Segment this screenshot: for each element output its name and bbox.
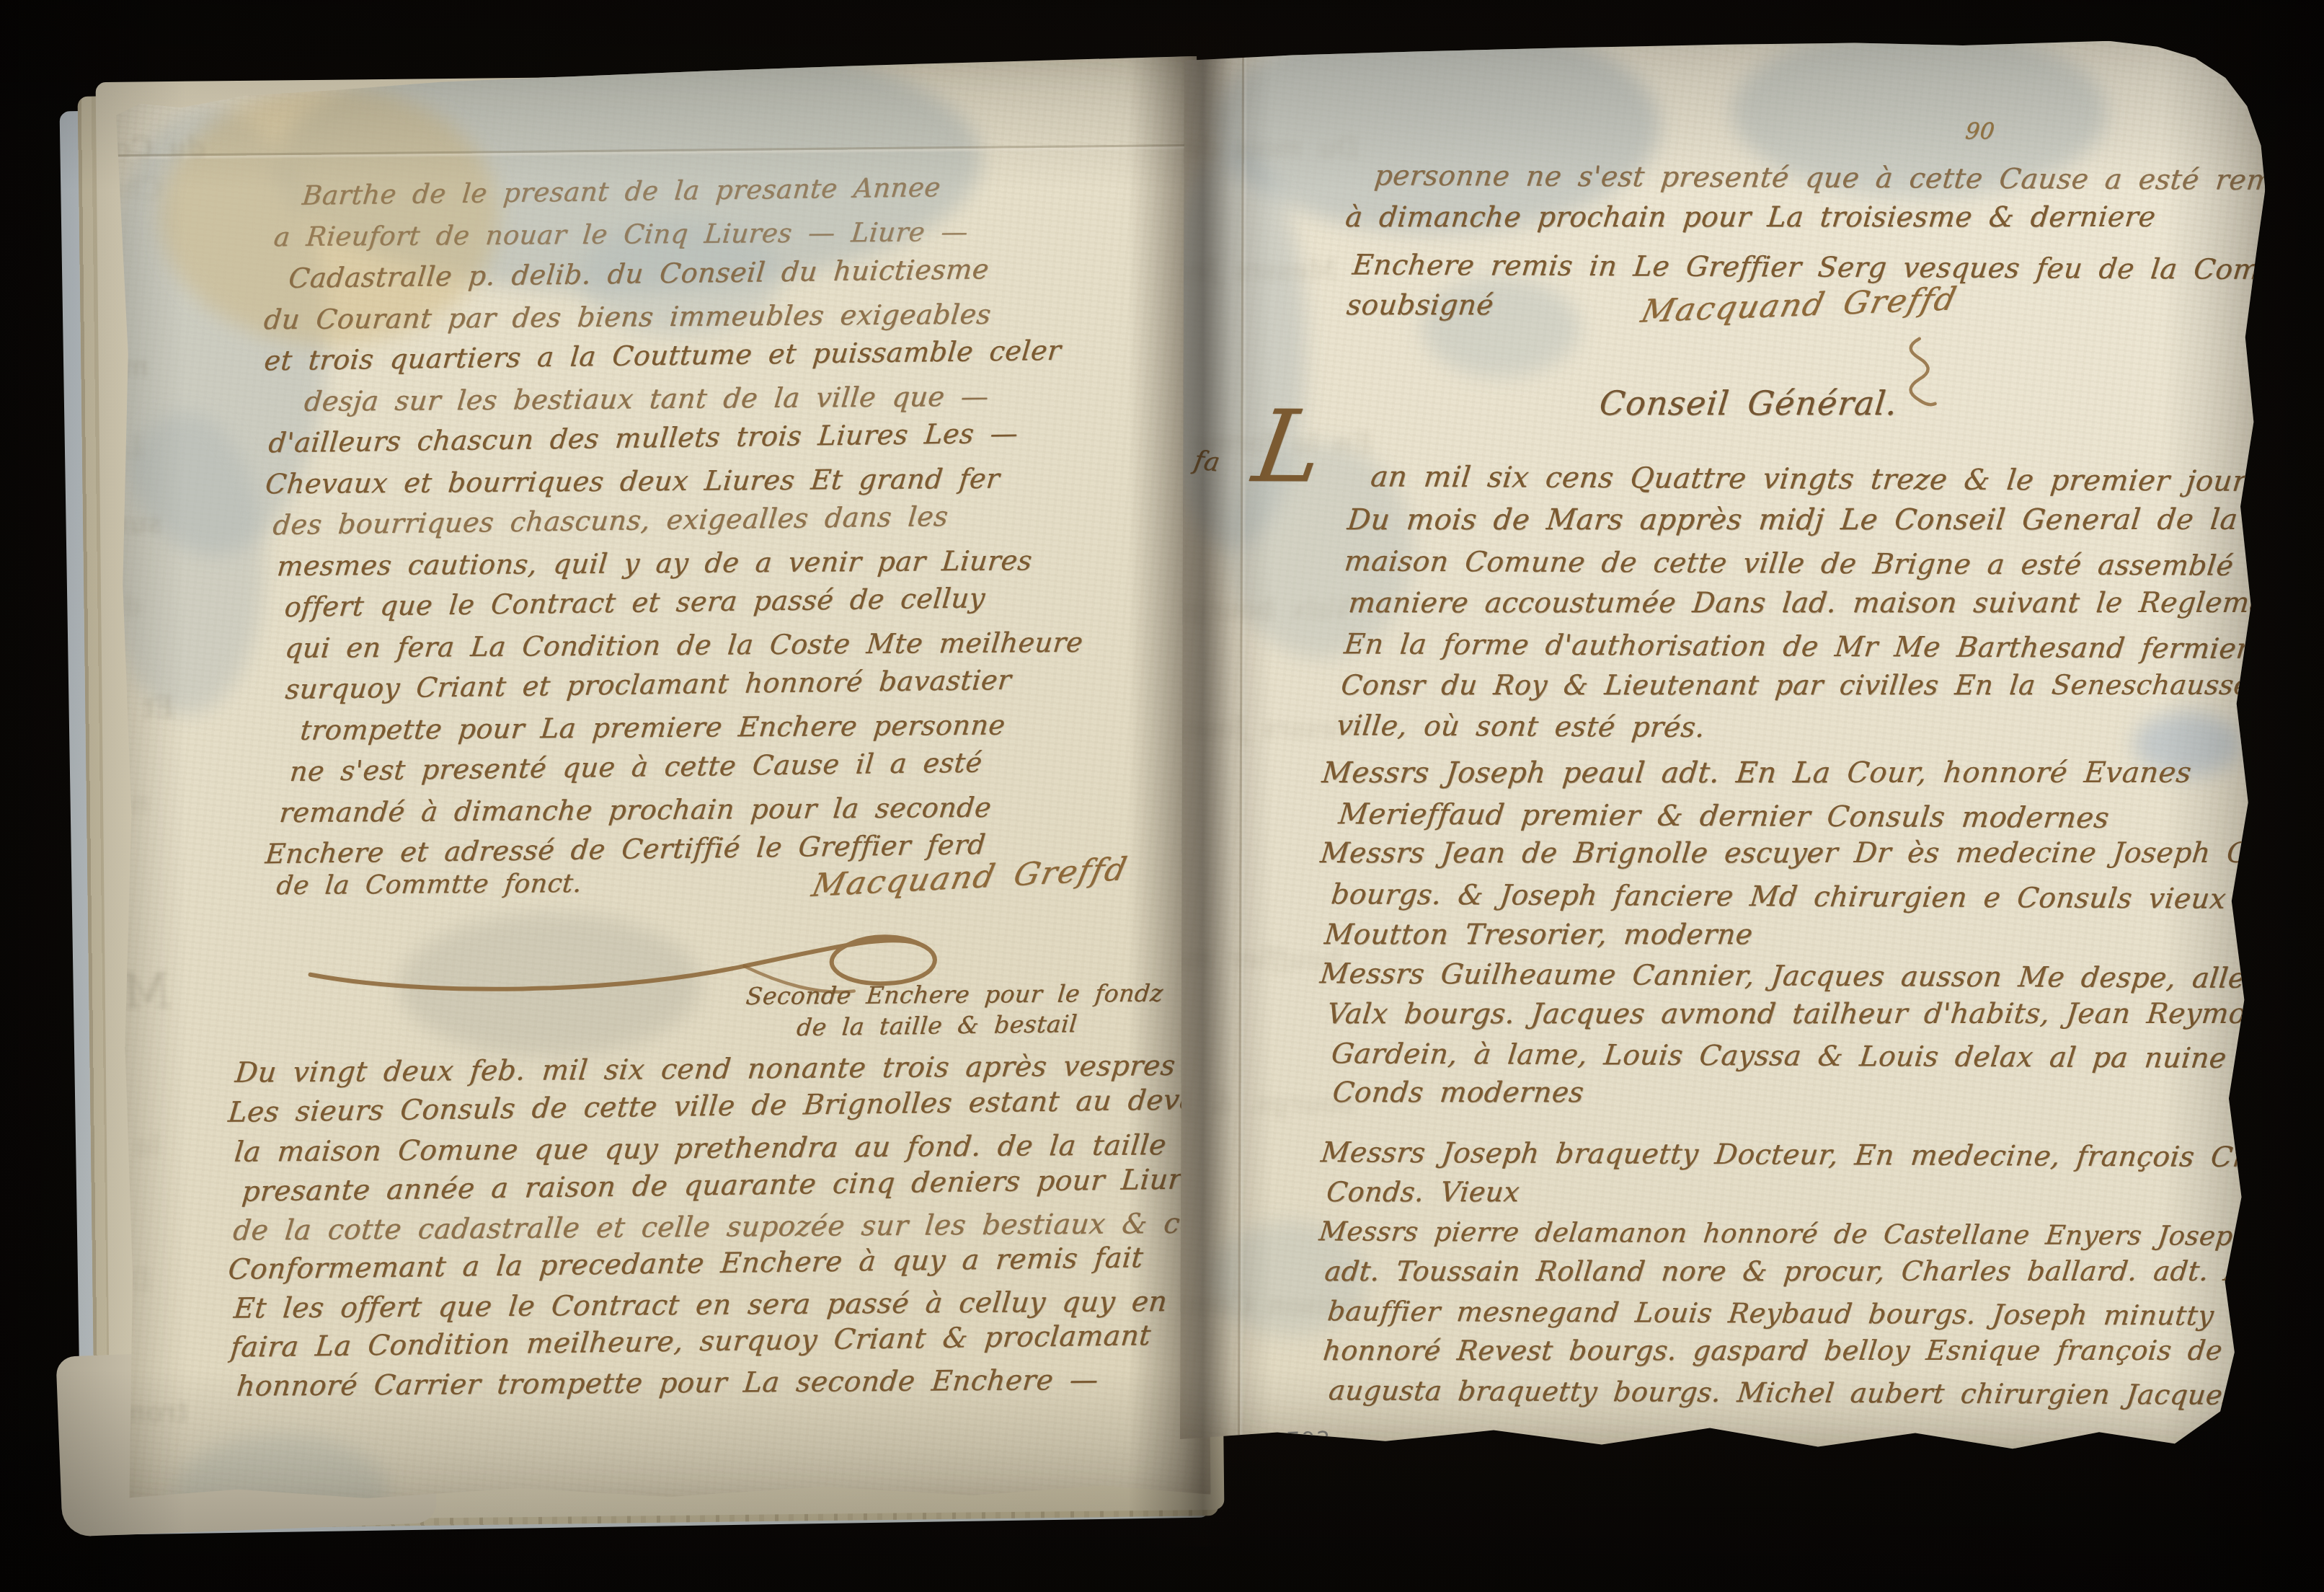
drop-cap-initial: L xyxy=(1249,407,1329,487)
manuscript-line: la maison Comune que quy prethendra au f… xyxy=(233,1128,1263,1169)
manuscript-line: ville, où sont esté prés. xyxy=(1335,709,1707,744)
manuscript-line: a Rieufort de nouar le Cinq Liures — Liu… xyxy=(272,216,970,252)
manuscript-line: Merieffaud premier & dernier Consuls mod… xyxy=(1337,797,2111,835)
manuscript-line: de la cotte cadastralle et celle supozée… xyxy=(231,1207,1243,1247)
manuscript-line: Moutton Tresorier, moderne xyxy=(1323,919,1755,951)
manuscript-line: adt. Toussain Rolland nore & procur, Cha… xyxy=(1323,1255,2324,1287)
manuscript-line: Chevaux et bourriques deux Liures Et gra… xyxy=(264,463,1001,500)
manuscript-line: offert que le Contract et sera passé de … xyxy=(283,582,987,623)
manuscript-line: presante année a raison de quarante cinq… xyxy=(241,1163,1201,1208)
manuscript-line: Messrs Guilheaume Cannier, Jacques ausso… xyxy=(1318,958,2324,996)
pencil-foliation-number: 792 xyxy=(1286,1427,1332,1454)
manuscript-line: de la Commtte fonct. xyxy=(275,869,584,901)
manuscript-line: bauffier mesnegand Louis Reybaud bourgs.… xyxy=(1326,1295,2324,1332)
manuscript-line: Gardein, à lame, Louis Cayssa & Louis de… xyxy=(1330,1038,2228,1074)
manuscript-line: an mil six cens Quattre vingts treze & l… xyxy=(1369,460,2248,497)
manuscript-line: Conds modernes xyxy=(1331,1076,1585,1109)
manuscript-line: Enchere remis in Le Greffier Serg vesque… xyxy=(1351,249,2324,286)
section-heading: de la taille & bestail xyxy=(795,1009,1078,1041)
section-heading: Seconde Enchere pour le fondz xyxy=(745,979,1164,1010)
clerk-signature: Macquand Greffd xyxy=(1638,280,1961,330)
section-heading: Conseil Général. xyxy=(1597,384,1899,423)
manuscript-line: Du mois de Mars apprès midj Le Conseil G… xyxy=(1346,503,2240,536)
manuscript-line: Messrs pierre delamanon honnoré de Caste… xyxy=(1318,1216,2324,1252)
left-page: du Courant par des biens immeubles exige… xyxy=(115,56,1210,1505)
manuscript-line: Conformemant a la precedante Enchere à q… xyxy=(227,1242,1145,1286)
manuscript-line: d'ailleurs chascun des mullets trois Liu… xyxy=(267,417,1020,459)
manuscript-line: Du vingt deux feb. mil six cend nonante … xyxy=(234,1050,1177,1089)
manuscript-line: faira La Condition meilheure, surquoy Cr… xyxy=(229,1319,1153,1364)
manuscript-line: personne ne s'est presenté que à cette C… xyxy=(1372,159,2324,197)
folio-number: 90 xyxy=(1964,118,1996,144)
manuscript-line: honnoré Revest bourgs. gaspard belloy Es… xyxy=(1321,1335,2324,1367)
manuscript-line: maniere accoustumée Dans lad. maison sui… xyxy=(1347,587,2299,619)
manuscript-line: trompette pour La premiere Enchere perso… xyxy=(299,709,1007,746)
manuscript-line: Messrs Joseph braquetty Docteur, En mede… xyxy=(1319,1136,2324,1175)
signature-paraph-squiggle xyxy=(1893,335,1943,417)
manuscript-line: Messrs Jean de Brignolle escuyer Dr ès m… xyxy=(1318,837,2324,870)
manuscript-line: Consr du Roy & Lieutenant par civilles E… xyxy=(1339,669,2324,701)
manuscript-line: En la forme d'authorisation de Mr Me Bar… xyxy=(1342,628,2251,665)
manuscript-line: bourgs. & Joseph fanciere Md chirurgien … xyxy=(1329,878,2324,916)
manuscript-line: des bourriques chascuns, exigealles dans… xyxy=(272,500,950,541)
manuscript-line: à dimanche prochain pour La troisiesme &… xyxy=(1344,201,2157,234)
manuscript-line: Et les offert que le Contract en sera pa… xyxy=(232,1286,1168,1325)
manuscript-line: Messrs Joseph peaul adt. En La Cour, hon… xyxy=(1321,756,2194,790)
manuscript-line: qui en fera La Condition de la Coste Mte… xyxy=(283,627,1084,664)
manuscript-line: surquoy Criant et proclamant honnoré bav… xyxy=(284,664,1013,705)
manuscript-line: desja sur les bestiaux tant de la ville … xyxy=(303,381,990,417)
manuscript-line: Valx bourgs. Jacques avmond tailheur d'h… xyxy=(1326,998,2285,1030)
manuscript-line: ne s'est presenté que à cette Cause il a… xyxy=(288,746,984,787)
manuscript-line: remandé à dimanche prochain pour la seco… xyxy=(278,792,993,828)
manuscript-line: maison Comune de cette ville de Brigne a… xyxy=(1343,545,2312,583)
manuscript-line: Les sieurs Consuls de cette ville de Bri… xyxy=(227,1083,1281,1129)
manuscript-line: soubsigné xyxy=(1345,289,1496,322)
manuscript-line: du Courant par des biens immeubles exige… xyxy=(262,298,993,336)
manuscript-photo-scene: du Courant par des biens immeubles exige… xyxy=(0,0,2324,1592)
margin-note: fa xyxy=(1192,446,1223,478)
manuscript-line: honnoré Carrier trompette pour La second… xyxy=(235,1364,1100,1403)
manuscript-line: augusta braquetty bourgs. Michel aubert … xyxy=(1327,1374,2324,1411)
right-page: Du mois de Mars apprès midj Le Conseil G… xyxy=(1180,38,2266,1451)
manuscript-line: et trois quartiers a la Couttume et puis… xyxy=(263,335,1063,377)
manuscript-line: Conds. Vieux xyxy=(1325,1176,1521,1208)
manuscript-line: mesmes cautions, quil y ay de a venir pa… xyxy=(275,544,1034,582)
